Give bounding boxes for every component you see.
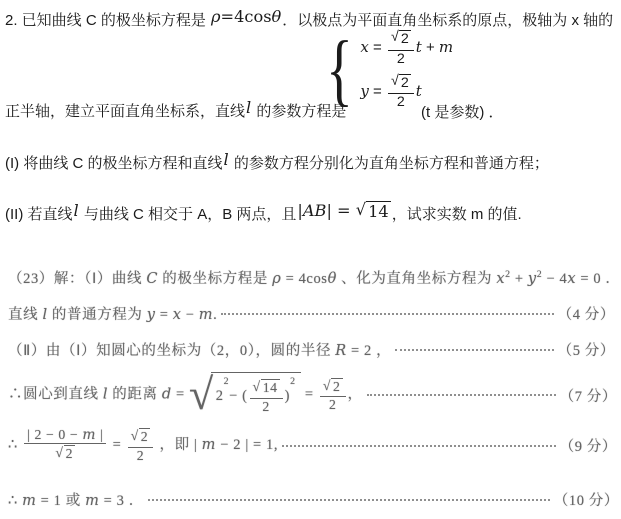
system-equations: x = √22t + m y = √22t <box>360 30 453 109</box>
solution-line-5: ∴ | 2 − 0 − m |√2 = √22 ，即 | m − 2 | = 1… <box>8 428 617 463</box>
solution-line-1: （23）解：（Ⅰ）曲线 C 的极坐标方程是 ρ = 4cosθ 、化为直角坐标方… <box>8 267 621 288</box>
solution-line-2: 直线 l 的普通方程为 y = x − m. （4 分） <box>8 303 615 324</box>
solution-line-4: ∴圆心到直线 l 的距离 d = √22 − (√142)2 = √22， （7… <box>8 372 617 418</box>
score-badge: （4 分） <box>558 303 615 324</box>
score-badge: （10 分） <box>554 489 619 510</box>
dotted-leader <box>367 394 556 396</box>
system-brace: { <box>326 30 353 110</box>
solution-text: 直线 l 的普通方程为 y = x − m. <box>8 303 217 324</box>
dotted-leader <box>395 349 553 351</box>
solution-text: ∴ | 2 − 0 − m |√2 = √22 ，即 | m − 2 | = 1… <box>8 428 278 463</box>
question-part-2: (II) 若直线l 与曲线 C 相交于 A，B 两点，且|AB| = √14，试… <box>5 203 522 225</box>
equation-x: x = √22t + m <box>360 30 453 66</box>
dotted-leader <box>148 499 550 501</box>
problem-statement-line-1: 2. 已知曲线 C 的极坐标方程是 ρ=4cosθ．以极点为平面直角坐标系的原点… <box>5 9 613 31</box>
worksheet-page: 2. 已知曲线 C 的极坐标方程是 ρ=4cosθ．以极点为平面直角坐标系的原点… <box>0 0 621 519</box>
solution-text: ∴圆心到直线 l 的距离 d = √22 − (√142)2 = √22， <box>8 372 363 418</box>
dotted-leader <box>282 445 556 447</box>
solution-line-6: ∴ m = 1 或 m = 3 ． （10 分） <box>8 489 619 510</box>
solution-text: ∴ m = 1 或 m = 3 ． <box>8 489 144 510</box>
score-badge: （9 分） <box>560 435 617 456</box>
dotted-leader <box>221 313 553 315</box>
parameter-note: (t 是参数) ． <box>421 103 504 123</box>
score-badge: （7 分） <box>560 385 617 406</box>
problem-statement-line-2: 正半轴，建立平面直角坐标系，直线l 的参数方程是 <box>5 100 346 122</box>
solution-text: （Ⅱ）由（Ⅰ）知圆心的坐标为（2，0），圆的半径 R = 2 ， <box>8 339 391 360</box>
solution-line-3: （Ⅱ）由（Ⅰ）知圆心的坐标为（2，0），圆的半径 R = 2 ， （5 分） <box>8 339 615 360</box>
question-part-1: (I) 将曲线 C 的极坐标方程和直线l 的参数方程分别化为直角坐标方程和普通方… <box>5 152 549 174</box>
score-badge: （5 分） <box>558 339 615 360</box>
parametric-equation-system: { x = √22t + m y = √22t <box>326 30 453 110</box>
